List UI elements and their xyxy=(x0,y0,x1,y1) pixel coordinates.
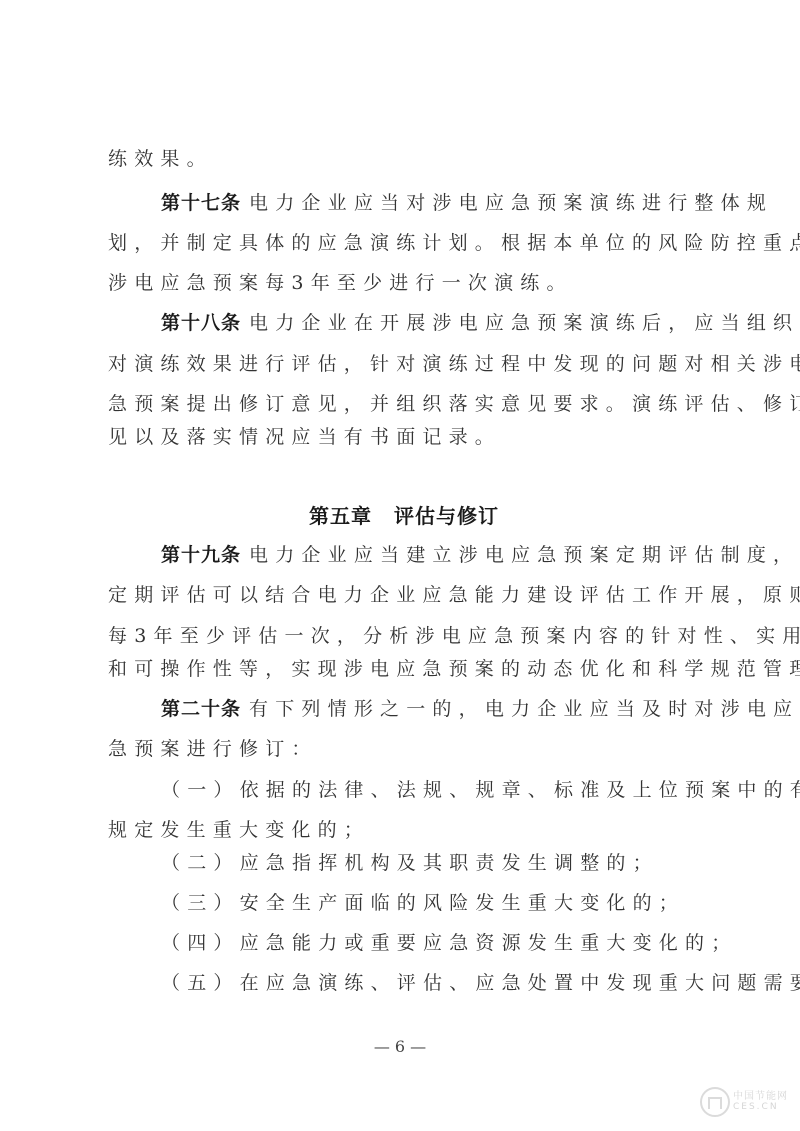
list-item-2: （二）应急指挥机构及其职责发生调整的； xyxy=(161,851,659,875)
ces-logo-icon xyxy=(700,1087,730,1117)
chapter-number: 第五章 xyxy=(309,504,372,528)
paragraph-line: 划，并制定具体的应急演练计划。根据本单位的风险防控重点， xyxy=(108,231,800,255)
paragraph-line: 对演练效果进行评估，针对演练过程中发现的问题对相关涉电应 xyxy=(108,352,800,376)
article-17-line: 第十七条电力企业应当对涉电应急预案演练进行整体规 xyxy=(161,191,773,215)
paragraph-line: 定期评估可以结合电力企业应急能力建设评估工作开展，原则上 xyxy=(108,583,800,607)
article-label: 第二十条 xyxy=(161,698,241,720)
article-18-line: 第十八条电力企业在开展涉电应急预案演练后，应当组织 xyxy=(161,311,799,335)
paragraph-line: 每3年至少评估一次，分析涉电应急预案内容的针对性、实用性 xyxy=(108,624,800,648)
chapter-heading: 第五章评估与修订 xyxy=(108,503,700,529)
article-20-line: 第二十条有下列情形之一的，电力企业应当及时对涉电应 xyxy=(161,697,799,721)
article-label: 第十九条 xyxy=(161,544,241,566)
list-item-1-cont: 规定发生重大变化的； xyxy=(108,818,370,842)
paragraph-line: 急预案进行修订： xyxy=(108,737,318,761)
paragraph-line: 急预案提出修订意见，并组织落实意见要求。演练评估、修订意 xyxy=(108,392,800,416)
watermark: 中国节能网 CES.CN xyxy=(700,1087,788,1117)
page-number: — 6 — xyxy=(0,1037,800,1056)
paragraph-line: 见以及落实情况应当有书面记录。 xyxy=(108,425,501,449)
article-label: 第十七条 xyxy=(161,192,241,214)
article-19-line: 第十九条电力企业应当建立涉电应急预案定期评估制度， xyxy=(161,543,799,567)
list-item-3: （三）安全生产面临的风险发生重大变化的； xyxy=(161,891,685,915)
watermark-cn: 中国节能网 xyxy=(733,1091,788,1102)
paragraph-line: 和可操作性等，实现涉电应急预案的动态优化和科学规范管理。 xyxy=(108,657,800,681)
list-item-5: （五）在应急演练、评估、应急处置中发现重大问题需要修 xyxy=(161,971,800,995)
list-item-4: （四）应急能力或重要应急资源发生重大变化的； xyxy=(161,931,737,955)
paragraph-line: 练效果。 xyxy=(108,147,213,171)
paragraph-line: 涉电应急预案每3年至少进行一次演练。 xyxy=(108,271,573,295)
watermark-en: CES.CN xyxy=(733,1102,788,1113)
chapter-title: 评估与修订 xyxy=(394,504,499,528)
article-label: 第十八条 xyxy=(161,312,241,334)
list-item-1: （一）依据的法律、法规、规章、标准及上位预案中的有关 xyxy=(161,778,800,802)
